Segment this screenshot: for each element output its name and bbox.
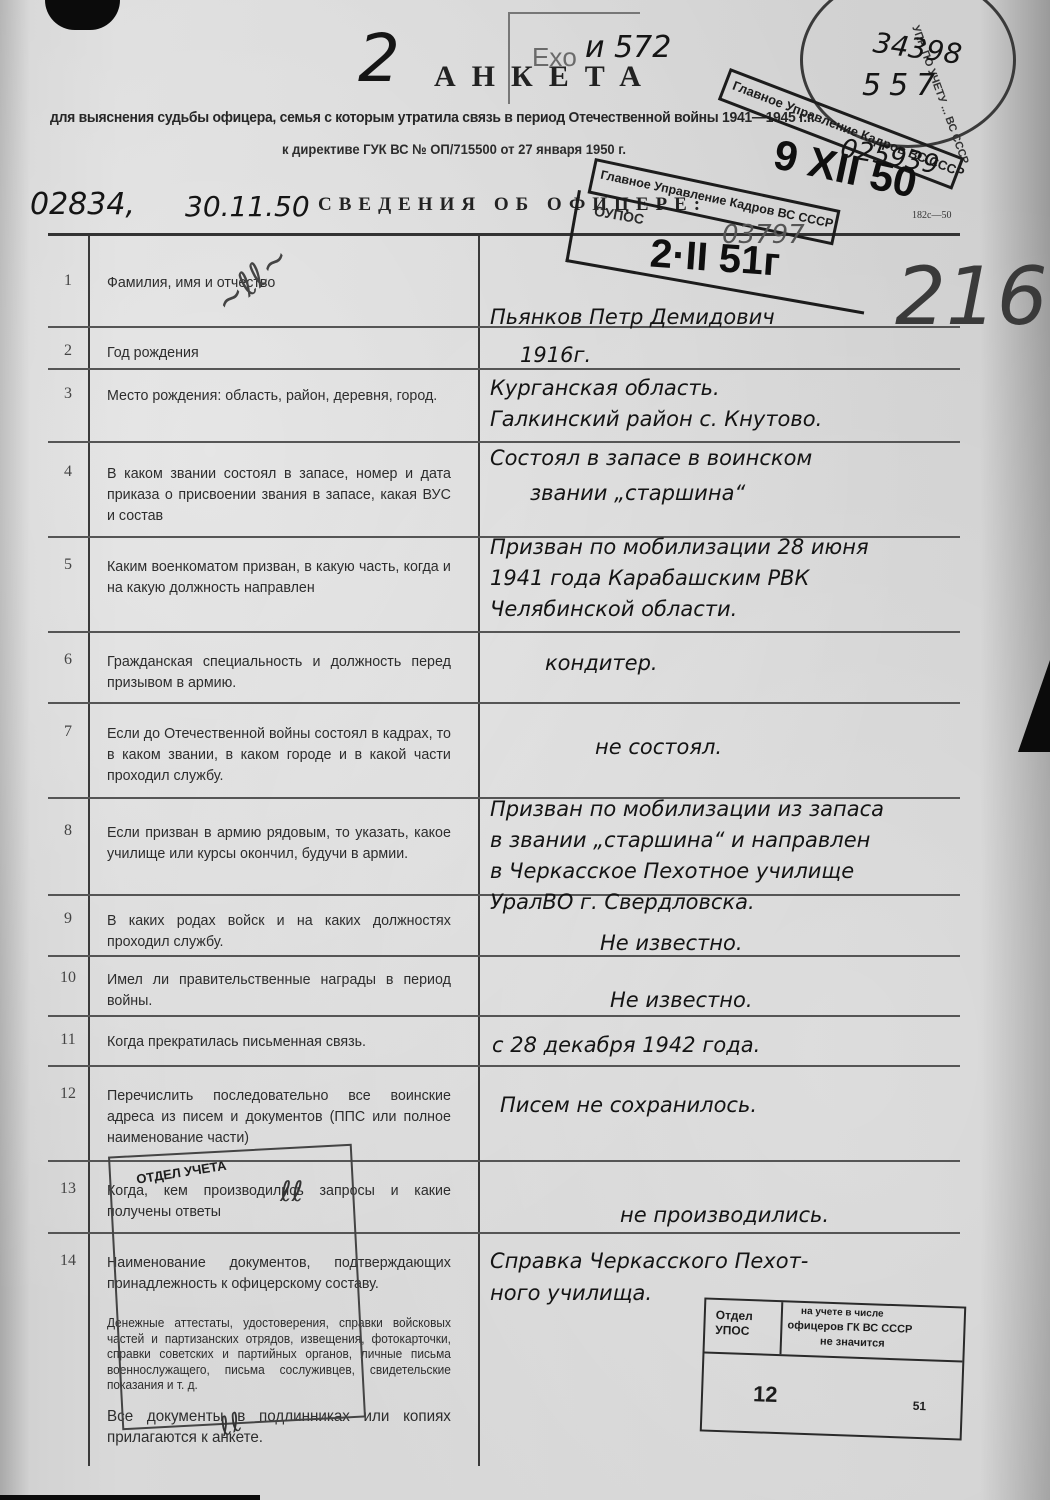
- row-question: Если до Отечественной войны состоял в ка…: [107, 723, 451, 786]
- page-damage-top-left: [45, 0, 120, 30]
- form-code: 182с—50: [912, 210, 951, 221]
- row-divider: [48, 368, 960, 370]
- row-answer: Призван по мобилизации 28 июня: [490, 532, 869, 563]
- row-number: 7: [54, 723, 82, 741]
- row-number: 12: [54, 1085, 82, 1103]
- row-answer: Состоял в запасе в воинском: [490, 443, 812, 474]
- row-number: 6: [54, 651, 82, 669]
- row-number: 9: [54, 910, 82, 928]
- row-answer: ного училища.: [490, 1278, 652, 1309]
- row-answer: не состоял.: [595, 732, 722, 763]
- row-number: 3: [54, 385, 82, 403]
- stamp-divider: [704, 1352, 962, 1363]
- incoming-stamp-number: и 572: [585, 30, 671, 65]
- row-answer: в звании „старшина“ и направлен: [490, 825, 870, 856]
- row-answer: Справка Черкасского Пехот-: [490, 1246, 808, 1277]
- row-answer: не производились.: [620, 1200, 829, 1231]
- row-question: Когда прекратилась письменная связь.: [107, 1031, 451, 1052]
- row-divider: [48, 1065, 960, 1067]
- row-answer: Пьянков Петр Демидович: [490, 302, 775, 333]
- row-question: В каком звании состоял в запасе, номер и…: [107, 463, 451, 526]
- row-number: 14: [54, 1252, 82, 1270]
- table-middle-divider: [478, 236, 480, 1466]
- page-damage-bottom: [0, 1495, 260, 1500]
- row-answer: Писем не сохранилось.: [500, 1090, 757, 1121]
- upos-result-stamp-text-3: не значится: [820, 1336, 885, 1350]
- row-answer: Галкинский район с. Кнутово.: [490, 404, 822, 435]
- row-divider: [48, 955, 960, 957]
- upos-result-stamp-year: 51: [913, 1399, 927, 1413]
- incoming-stamp-label: Exo: [532, 42, 577, 73]
- row-number: 13: [54, 1180, 82, 1198]
- row-number: 8: [54, 822, 82, 840]
- row-number: 10: [54, 969, 82, 987]
- directive-reference: к директиве ГУК ВС № ОП/715500 от 27 янв…: [282, 141, 626, 157]
- handwritten-side-number: 216: [895, 250, 1048, 343]
- row-number: 1: [54, 272, 82, 290]
- signature-scribble: ℓℓ: [280, 1175, 303, 1208]
- row-answer: кондитер.: [545, 648, 658, 679]
- row-answer: УралВО г. Свердловска.: [490, 887, 755, 918]
- row-answer: Курганская область.: [490, 373, 720, 404]
- incoming-stamp: Exo и 572: [508, 12, 640, 104]
- row-number: 4: [54, 463, 82, 481]
- row-divider: [48, 702, 960, 704]
- row-answer: 1916г.: [520, 340, 591, 371]
- upos-result-stamp: Отдел УПОС на учете в числе офицеров ГК …: [700, 1297, 967, 1440]
- row-answer: с 28 декабря 1942 года.: [492, 1030, 760, 1061]
- form-subtitle: для выяснения судьбы офицера, семья с ко…: [50, 109, 815, 126]
- row-answer: Челябинской области.: [490, 594, 737, 625]
- row-question: Каким военкоматом призван, в какую часть…: [107, 556, 451, 598]
- handwritten-reg-date: 30.11.50: [185, 190, 310, 223]
- handwritten-title-number: 2: [358, 20, 400, 97]
- document-page: 2 АНКЕТА для выяснения судьбы офицера, с…: [0, 0, 1050, 1500]
- row-question: Гражданская специальность и должность пе…: [107, 651, 451, 693]
- row-question: В каких родах войск и на каких должностя…: [107, 910, 451, 952]
- row-answer: 1941 года Карабашским РВК: [490, 563, 809, 594]
- handwritten-reg-number: 02834,: [30, 187, 135, 222]
- upos-result-stamp-text-2: офицеров ГК ВС СССР: [787, 1319, 912, 1335]
- row-answer: Призван по мобилизации из запаса: [490, 794, 884, 825]
- table-left-divider: [88, 236, 90, 1466]
- row-answer: звании „старшина“: [530, 478, 745, 509]
- row-divider: [48, 1015, 960, 1017]
- row-answer: Не известно.: [610, 985, 753, 1016]
- otdel-ucheta-stamp: ОТДЕЛ УЧЕТА: [108, 1144, 366, 1430]
- upos-result-stamp-text-1: на учете в числе: [801, 1306, 884, 1320]
- upos-result-stamp-day: 12: [753, 1381, 778, 1408]
- row-number: 11: [54, 1031, 82, 1049]
- row-question: Если призван в армию рядовым, то указать…: [107, 822, 451, 864]
- row-question: Год рождения: [107, 342, 451, 363]
- row-question: Имел ли правительственные награды в пери…: [107, 969, 451, 1011]
- row-number: 5: [54, 556, 82, 574]
- oval-stamp-number-2: 557: [862, 68, 943, 103]
- page-damage-right-tear: [1018, 660, 1050, 752]
- row-number: 2: [54, 342, 82, 360]
- row-answer: Не известно.: [600, 928, 743, 959]
- otdel-ucheta-stamp-text: ОТДЕЛ УЧЕТА: [135, 1158, 227, 1187]
- row-question: Перечислить последовательно все воинские…: [107, 1085, 451, 1148]
- row-divider: [48, 631, 960, 633]
- upos-result-stamp-dept: Отдел УПОС: [715, 1308, 774, 1340]
- stamp-divider: [779, 1302, 783, 1354]
- guk-stamp-2-date: 2·II 51г: [649, 232, 782, 286]
- row-question: Место рождения: область, район, деревня,…: [107, 385, 451, 406]
- row-answer: в Черкасское Пехотное училище: [490, 856, 854, 887]
